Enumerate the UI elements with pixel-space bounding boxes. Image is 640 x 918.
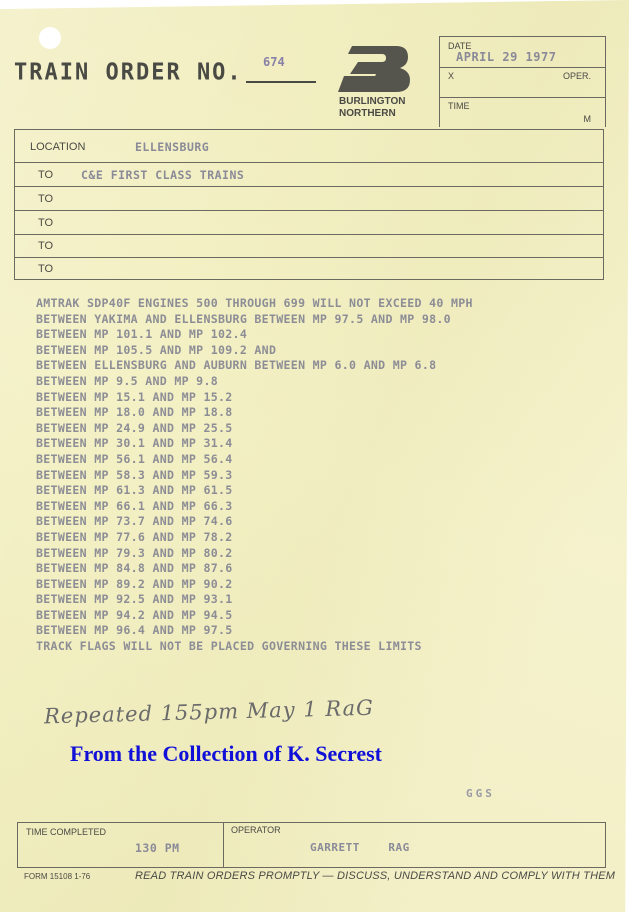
to-value: C&E FIRST CLASS TRAINS <box>81 168 244 182</box>
time-completed-value: 130 PM <box>135 841 180 855</box>
order-line: AMTRAK SDP40F ENGINES 500 THROUGH 699 WI… <box>36 296 473 312</box>
order-line: BETWEEN MP 84.8 AND MP 87.6 <box>36 561 473 577</box>
form-title: TRAIN ORDER NO. <box>14 59 243 85</box>
operator-value: GARRETT RAG <box>310 841 410 854</box>
collection-watermark: From the Collection of K. Secrest <box>70 741 382 767</box>
to-label: TO <box>38 193 53 205</box>
order-line: BETWEEN MP 58.3 AND MP 59.3 <box>36 468 473 484</box>
x-label: X <box>448 71 454 81</box>
order-line: BETWEEN MP 101.1 AND MP 102.4 <box>36 327 473 343</box>
completion-box: TIME COMPLETED 130 PM OPERATOR GARRETT R… <box>17 822 606 868</box>
footer-instruction: READ TRAIN ORDERS PROMPTLY — DISCUSS, UN… <box>135 870 615 882</box>
m-label: M <box>584 114 592 124</box>
to-label: TO <box>38 169 53 181</box>
time-completed-label: TIME COMPLETED <box>26 827 106 837</box>
time-divider <box>440 97 605 98</box>
location-box: LOCATION ELLENSBURG TO C&E FIRST CLASS T… <box>14 129 604 280</box>
location-label: LOCATION <box>30 141 85 153</box>
company-name-line2: NORTHERN <box>339 108 405 120</box>
oper-label: OPER. <box>563 71 591 81</box>
order-line: BETWEEN MP 105.5 AND MP 109.2 AND <box>36 343 473 359</box>
train-order-form: TRAIN ORDER NO. 674 BURLINGTON NORTHERN … <box>0 0 629 912</box>
order-line: BETWEEN YAKIMA AND ELLENSBURG BETWEEN MP… <box>36 312 473 328</box>
date-value: APRIL 29 1977 <box>456 50 556 64</box>
date-divider <box>440 67 605 68</box>
date-box: DATE APRIL 29 1977 X OPER. TIME M <box>439 36 606 127</box>
to-row: TO <box>15 234 603 258</box>
form-number: FORM 15108 1-76 <box>24 872 90 881</box>
order-number: 674 <box>263 55 285 69</box>
order-line: BETWEEN MP 77.6 AND MP 78.2 <box>36 530 473 546</box>
order-line: BETWEEN MP 18.0 AND MP 18.8 <box>36 405 473 421</box>
order-line: BETWEEN MP 66.1 AND MP 66.3 <box>36 499 473 515</box>
company-name: BURLINGTON NORTHERN <box>339 96 405 120</box>
order-line: BETWEEN MP 89.2 AND MP 90.2 <box>36 577 473 593</box>
completion-divider <box>223 823 224 867</box>
order-line: BETWEEN MP 61.3 AND MP 61.5 <box>36 483 473 499</box>
to-row: TO <box>15 211 603 235</box>
order-number-underline <box>246 81 316 83</box>
order-line: BETWEEN MP 94.2 AND MP 94.5 <box>36 608 473 624</box>
office-code: GGS <box>466 787 495 800</box>
order-line: BETWEEN MP 9.5 AND MP 9.8 <box>36 374 473 390</box>
order-line: BETWEEN MP 92.5 AND MP 93.1 <box>36 592 473 608</box>
punch-hole <box>39 27 61 49</box>
order-line: BETWEEN MP 24.9 AND MP 25.5 <box>36 421 473 437</box>
operator-label: OPERATOR <box>231 825 281 835</box>
company-name-line1: BURLINGTON <box>339 96 405 108</box>
to-label: TO <box>38 240 53 252</box>
to-label: TO <box>38 217 53 229</box>
to-row: TO C&E FIRST CLASS TRAINS <box>15 163 603 187</box>
to-row: TO <box>15 187 603 211</box>
order-line: BETWEEN MP 56.1 AND MP 56.4 <box>36 452 473 468</box>
order-line: BETWEEN MP 73.7 AND MP 74.6 <box>36 514 473 530</box>
order-line: BETWEEN MP 96.4 AND MP 97.5 <box>36 623 473 639</box>
order-line: BETWEEN MP 79.3 AND MP 80.2 <box>36 546 473 562</box>
bn-logo-icon <box>338 46 410 92</box>
order-line: BETWEEN ELLENSBURG AND AUBURN BETWEEN MP… <box>36 358 473 374</box>
order-line: TRACK FLAGS WILL NOT BE PLACED GOVERNING… <box>36 639 473 655</box>
to-label: TO <box>38 263 53 275</box>
time-label: TIME <box>448 101 470 111</box>
order-line: BETWEEN MP 30.1 AND MP 31.4 <box>36 436 473 452</box>
order-line: BETWEEN MP 15.1 AND MP 15.2 <box>36 390 473 406</box>
order-body-text: AMTRAK SDP40F ENGINES 500 THROUGH 699 WI… <box>36 296 473 655</box>
handwritten-note: Repeated 155pm May 1 RaG <box>44 696 374 729</box>
to-row: TO <box>15 257 603 280</box>
location-value: ELLENSBURG <box>135 140 209 154</box>
location-row: LOCATION ELLENSBURG <box>15 130 603 163</box>
